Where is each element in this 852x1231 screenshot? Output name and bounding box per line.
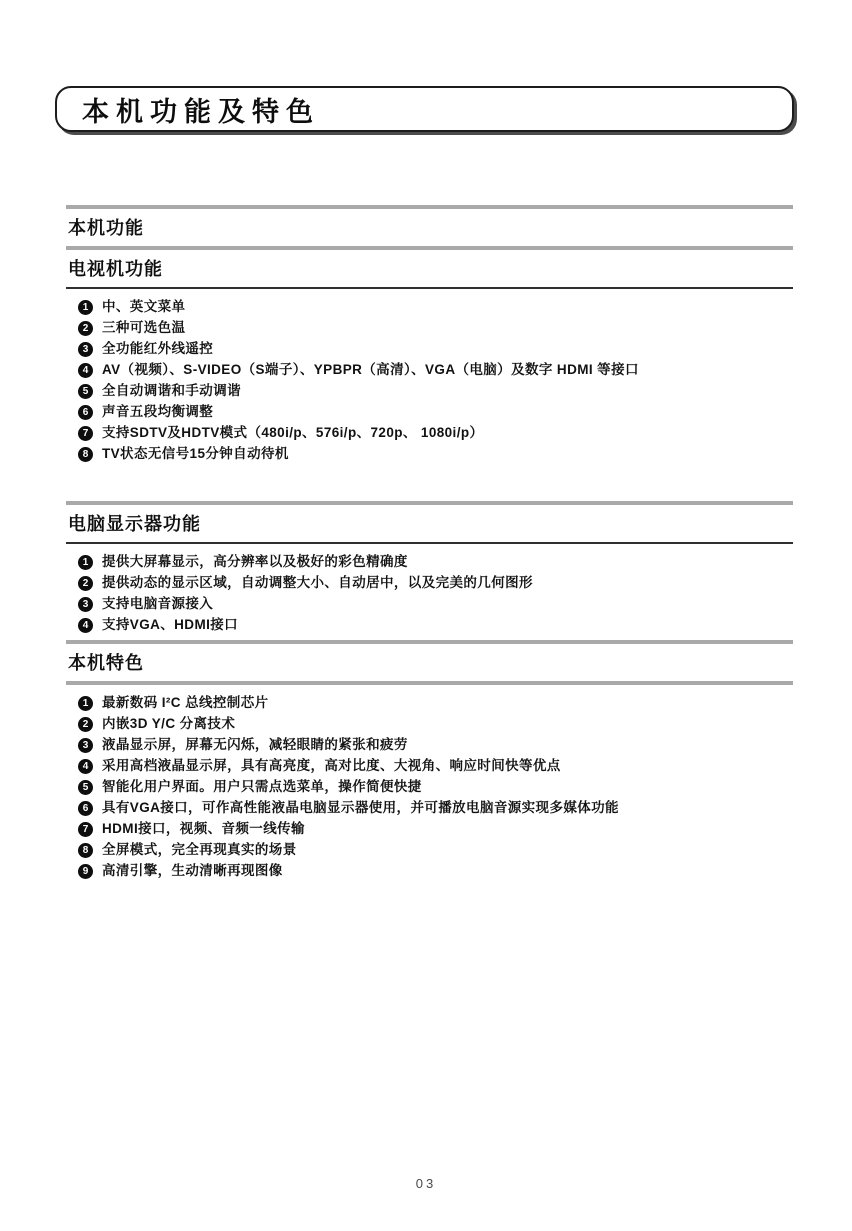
list-item: 5 智能化用户界面。用户只需点选菜单，操作简便快捷 xyxy=(78,779,793,795)
item-number-badge: 8 xyxy=(78,447,93,462)
item-text: 支持VGA、HDMI接口 xyxy=(102,617,238,633)
list-item: 7 HDMI接口，视频、音频一线传输 xyxy=(78,821,793,837)
item-text: 采用高档液晶显示屏，具有高亮度，高对比度、大视角、响应时间快等优点 xyxy=(102,758,561,774)
page-title-box: 本机功能及特色 xyxy=(55,86,794,132)
item-number-badge: 4 xyxy=(78,363,93,378)
page-title: 本机功能及特色 xyxy=(82,90,320,129)
list-item: 8 TV状态无信号15分钟自动待机 xyxy=(78,446,793,462)
item-number-badge: 1 xyxy=(78,696,93,711)
section-gap xyxy=(66,467,793,501)
list-item: 3 支持电脑音源接入 xyxy=(78,596,793,612)
section-heading-pc: 电脑显示器功能 xyxy=(66,505,793,542)
item-text: 智能化用户界面。用户只需点选菜单，操作简便快捷 xyxy=(102,779,422,795)
pc-items-list: 1 提供大屏幕显示，高分辨率以及极好的彩色精确度 2 提供动态的显示区域，自动调… xyxy=(66,544,793,633)
features-items-list: 1 最新数码 I²C 总线控制芯片 2 内嵌3D Y/C 分离技术 3 液晶显示… xyxy=(66,685,793,879)
list-item: 5 全自动调谐和手动调谐 xyxy=(78,383,793,399)
page-number: 03 xyxy=(0,1176,852,1191)
item-number-badge: 7 xyxy=(78,426,93,441)
item-text: 具有VGA接口，可作高性能液晶电脑显示器使用，并可播放电脑音源实现多媒体功能 xyxy=(102,800,619,816)
list-item: 2 提供动态的显示区域，自动调整大小、自动居中，以及完美的几何图形 xyxy=(78,575,793,591)
list-item: 3 液晶显示屏，屏幕无闪烁，减轻眼睛的紧张和疲劳 xyxy=(78,737,793,753)
item-number-badge: 6 xyxy=(78,801,93,816)
item-text: AV（视频）、S-VIDEO（S端子）、YPBPR（高清）、VGA（电脑）及数字… xyxy=(102,362,639,378)
item-text: 全自动调谐和手动调谐 xyxy=(102,383,241,399)
item-number-badge: 5 xyxy=(78,384,93,399)
item-number-badge: 2 xyxy=(78,321,93,336)
section-heading-main: 本机功能 xyxy=(66,209,793,246)
item-number-badge: 5 xyxy=(78,780,93,795)
item-text: 高清引擎，生动清晰再现图像 xyxy=(102,863,283,879)
item-text: HDMI接口，视频、音频一线传输 xyxy=(102,821,305,837)
list-item: 2 内嵌3D Y/C 分离技术 xyxy=(78,716,793,732)
list-item: 2 三种可选色温 xyxy=(78,320,793,336)
item-text: 中、英文菜单 xyxy=(102,299,185,315)
item-text: 内嵌3D Y/C 分离技术 xyxy=(102,716,235,732)
item-number-badge: 3 xyxy=(78,597,93,612)
list-item: 6 声音五段均衡调整 xyxy=(78,404,793,420)
section-heading-tv: 电视机功能 xyxy=(66,250,793,287)
item-text: 支持电脑音源接入 xyxy=(102,596,213,612)
item-number-badge: 1 xyxy=(78,300,93,315)
list-item: 4 支持VGA、HDMI接口 xyxy=(78,617,793,633)
list-item: 3 全功能红外线遥控 xyxy=(78,341,793,357)
item-number-badge: 2 xyxy=(78,717,93,732)
item-number-badge: 4 xyxy=(78,618,93,633)
item-number-badge: 4 xyxy=(78,759,93,774)
list-item: 6 具有VGA接口，可作高性能液晶电脑显示器使用，并可播放电脑音源实现多媒体功能 xyxy=(78,800,793,816)
item-number-badge: 8 xyxy=(78,843,93,858)
list-item: 4 AV（视频）、S-VIDEO（S端子）、YPBPR（高清）、VGA（电脑）及… xyxy=(78,362,793,378)
item-number-badge: 1 xyxy=(78,555,93,570)
item-number-badge: 9 xyxy=(78,864,93,879)
item-text: 提供大屏幕显示，高分辨率以及极好的彩色精确度 xyxy=(102,554,408,570)
item-number-badge: 2 xyxy=(78,576,93,591)
item-text: 支持SDTV及HDTV模式（480i/p、576i/p、720p、 1080i/… xyxy=(102,425,483,441)
list-item: 1 中、英文菜单 xyxy=(78,299,793,315)
section-heading-features: 本机特色 xyxy=(66,644,793,681)
item-number-badge: 3 xyxy=(78,738,93,753)
list-item: 8 全屏模式，完全再现真实的场景 xyxy=(78,842,793,858)
item-number-badge: 6 xyxy=(78,405,93,420)
list-item: 7 支持SDTV及HDTV模式（480i/p、576i/p、720p、 1080… xyxy=(78,425,793,441)
item-number-badge: 3 xyxy=(78,342,93,357)
item-text: 液晶显示屏，屏幕无闪烁，减轻眼睛的紧张和疲劳 xyxy=(102,737,408,753)
item-text: 全功能红外线遥控 xyxy=(102,341,213,357)
tv-items-list: 1 中、英文菜单 2 三种可选色温 3 全功能红外线遥控 4 AV（视频）、S-… xyxy=(66,289,793,462)
item-text: TV状态无信号15分钟自动待机 xyxy=(102,446,289,462)
list-item: 9 高清引擎，生动清晰再现图像 xyxy=(78,863,793,879)
list-item: 4 采用高档液晶显示屏，具有高亮度，高对比度、大视角、响应时间快等优点 xyxy=(78,758,793,774)
list-item: 1 最新数码 I²C 总线控制芯片 xyxy=(78,695,793,711)
item-text: 声音五段均衡调整 xyxy=(102,404,213,420)
item-text: 最新数码 I²C 总线控制芯片 xyxy=(102,695,269,711)
item-text: 全屏模式，完全再现真实的场景 xyxy=(102,842,297,858)
item-number-badge: 7 xyxy=(78,822,93,837)
item-text: 三种可选色温 xyxy=(102,320,185,336)
manual-content: 本机功能 电视机功能 1 中、英文菜单 2 三种可选色温 3 全功能红外线遥控 … xyxy=(66,205,793,884)
list-item: 1 提供大屏幕显示，高分辨率以及极好的彩色精确度 xyxy=(78,554,793,570)
item-text: 提供动态的显示区域，自动调整大小、自动居中，以及完美的几何图形 xyxy=(102,575,533,591)
